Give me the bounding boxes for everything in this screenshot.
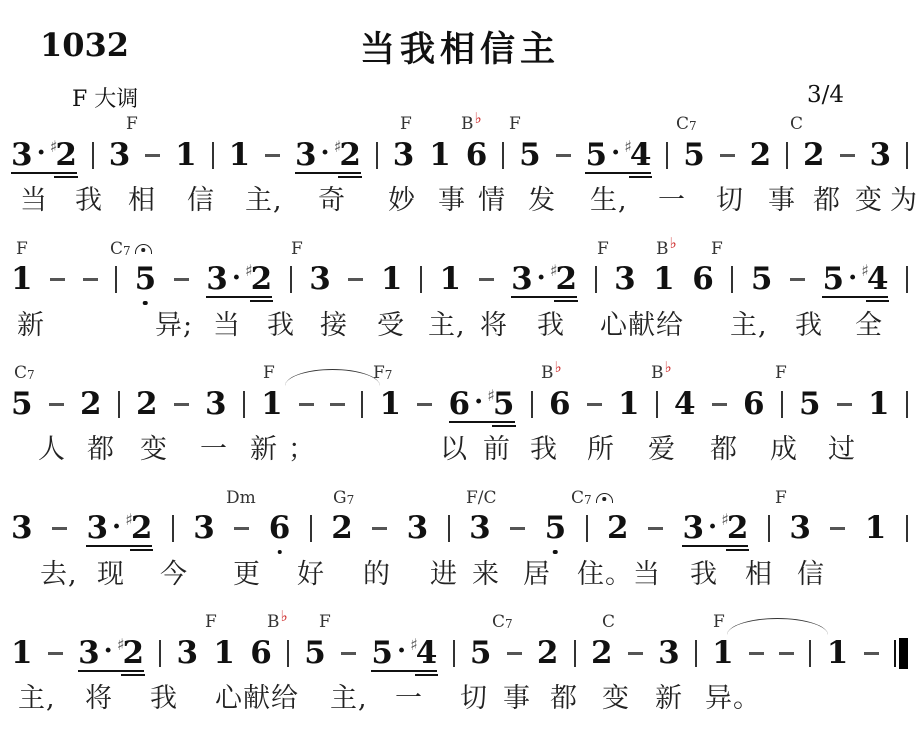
dash [749, 652, 764, 655]
note: 1 [380, 389, 402, 420]
note: 2 [339, 140, 361, 171]
lyric-syllable: 我 [267, 310, 295, 342]
fermata-icon [596, 493, 613, 503]
note-group: 6·♯5 [449, 389, 515, 420]
dash [348, 278, 363, 281]
note: 3 [78, 638, 100, 669]
note: 6 [449, 389, 471, 420]
lyric-syllable: 新 [655, 683, 683, 715]
chord-label: F [400, 115, 412, 134]
lyric-syllable: 相 [745, 559, 773, 591]
dash [507, 652, 522, 655]
dash [840, 154, 855, 157]
final-barline [894, 638, 908, 669]
lyric-syllable: 前 [483, 434, 511, 466]
lyric-syllable: 都 [87, 434, 115, 466]
dot-augmentation: · [104, 638, 113, 664]
note: 4 [867, 264, 889, 295]
barline [420, 266, 422, 293]
note-group: 3·♯2 [11, 140, 77, 171]
dash [864, 652, 879, 655]
lyric-row: 人都变一新；以前我所爱都成过 [0, 434, 920, 478]
note: 3 [469, 513, 491, 544]
lyric-row: 新异;当我接受主,将我心献给主,我全 [0, 310, 920, 354]
lyric-row: 当我相信主,奇妙事情发生,一切事都变为 [0, 185, 920, 229]
chord-label: B♭ [461, 115, 482, 134]
note: 3 [295, 140, 317, 171]
note: 5 [304, 638, 326, 669]
note: 5 [371, 638, 393, 669]
lyric-syllable: 都 [550, 683, 578, 715]
note: 1 [261, 389, 283, 420]
lyric-syllable: 进 [430, 559, 458, 591]
lyric-syllable: 一 [658, 185, 686, 217]
chord-label: F [319, 613, 331, 632]
note: 3 [86, 513, 108, 544]
chord-label: G7 [333, 489, 354, 508]
note: 5 [470, 638, 492, 669]
note: 3 [511, 264, 533, 295]
dot-augmentation: · [232, 265, 241, 291]
note: ♯4 [410, 638, 437, 669]
dash [648, 527, 663, 530]
chord-row: C7FF7B♭B♭F [0, 364, 920, 386]
dash [145, 154, 160, 157]
chord-root: B [651, 363, 664, 383]
note-group: 5·♯4 [822, 264, 888, 295]
lyric-syllable: 妙 [388, 185, 416, 217]
note: 6 [250, 638, 272, 669]
note: 1 [653, 264, 675, 295]
note: 1 [712, 638, 734, 669]
note: 1 [868, 389, 890, 420]
barline [115, 266, 117, 293]
lyric-syllable: 全 [855, 310, 883, 342]
dash [49, 403, 64, 406]
lyric-syllable: 当 [20, 185, 48, 217]
chord-root: C [676, 114, 689, 134]
note: 5 [585, 140, 607, 171]
chord-label: F [126, 115, 138, 134]
dash [779, 652, 794, 655]
chord-seventh: 7 [123, 244, 131, 258]
lyric-syllable: 我 [690, 559, 718, 591]
chord-label: F [16, 240, 28, 259]
dash [720, 154, 735, 157]
lyric-syllable: 爱 [648, 434, 676, 466]
chord-root: F [126, 114, 138, 134]
lyric-syllable: 一 [200, 434, 228, 466]
lyric-syllable: 当 [633, 559, 661, 591]
dot-augmentation: · [37, 140, 46, 166]
barline [695, 640, 697, 667]
barline [118, 391, 120, 418]
dash [234, 527, 249, 530]
music-system: FC7FFB♭F153·♯23113·♯231655·♯4新异;当我接受主,将我… [0, 240, 920, 365]
lyric-syllable: ； [288, 434, 316, 466]
lyric-syllable: 我 [530, 434, 558, 466]
chord-root: G [333, 488, 347, 508]
lyric-syllable: 将 [85, 683, 113, 715]
note: 3 [309, 264, 331, 295]
chord-label: F [509, 115, 521, 134]
lyric-syllable: 更 [233, 559, 261, 591]
lyric-syllable: 来 [472, 559, 500, 591]
note: 2 [131, 513, 153, 544]
dot-augmentation: · [708, 514, 717, 540]
barline [92, 142, 94, 169]
lyric-syllable: 一 [395, 683, 423, 715]
chord-label: C7 [492, 613, 513, 632]
lyric-syllable: 将 [480, 310, 508, 342]
note: ♯2 [117, 638, 144, 669]
page-title: 当我相信主 [0, 22, 920, 72]
lyric-syllable: 去, [40, 559, 78, 591]
chord-label: C7 [110, 240, 152, 259]
chord-root: F [775, 488, 787, 508]
chord-seventh: 7 [27, 368, 35, 382]
chord-seventh: 7 [689, 119, 697, 133]
chord-root: F [597, 239, 609, 259]
note: ♯2 [50, 140, 77, 171]
lyric-syllable: 住。 [577, 559, 633, 591]
lyric-syllable: 人 [38, 434, 66, 466]
dot-augmentation: · [848, 265, 857, 291]
chord-root: C [110, 239, 123, 259]
chord-root: B [267, 612, 280, 632]
chord-label: F [713, 613, 725, 632]
lyric-syllable: 现 [97, 559, 125, 591]
chord-root: F/C [466, 488, 497, 508]
note: 6 [269, 513, 291, 544]
lyric-syllable: 心献给 [215, 683, 299, 715]
chord-root: F [319, 612, 331, 632]
dash [299, 403, 314, 406]
barline [448, 515, 450, 542]
dash [790, 278, 805, 281]
note: 3 [206, 264, 228, 295]
barline [574, 640, 576, 667]
note: 2 [136, 389, 158, 420]
chord-label: F [263, 364, 275, 383]
lyric-syllable: 当 [213, 310, 241, 342]
note: 4 [630, 140, 652, 171]
note: 3 [177, 638, 199, 669]
barline [809, 640, 811, 667]
lyric-syllable: 我 [795, 310, 823, 342]
dash [587, 403, 602, 406]
dash [556, 154, 571, 157]
chord-label: B♭ [541, 364, 562, 383]
dot-augmentation: · [397, 638, 406, 664]
lyric-syllable: 事 [503, 683, 531, 715]
lyric-syllable: 变 [140, 434, 168, 466]
dash [341, 652, 356, 655]
note: 3 [206, 264, 228, 295]
barline [586, 515, 588, 542]
dot-augmentation: · [112, 514, 121, 540]
note: 1 [213, 638, 235, 669]
dot-augmentation: · [321, 140, 330, 166]
lyric-syllable: 变 [602, 683, 630, 715]
chord-root: C [571, 488, 584, 508]
lyric-syllable: 主, [245, 185, 283, 217]
barline [310, 515, 312, 542]
lyric-syllable: 都 [813, 185, 841, 217]
final-barline-thick [899, 638, 908, 669]
note: 3 [614, 264, 636, 295]
note: 1 [229, 140, 251, 171]
flat-icon: ♭ [670, 234, 677, 252]
note: 5 [11, 389, 33, 420]
note: 2 [537, 638, 559, 669]
chord-root: C [602, 612, 615, 632]
chord-root: B [541, 363, 554, 383]
note: ♯2 [550, 264, 577, 295]
lyric-syllable: 变 [855, 185, 883, 217]
lyric-syllable: 切 [716, 185, 744, 217]
note: 2 [55, 140, 77, 171]
note: 5 [135, 264, 157, 295]
barline [781, 391, 783, 418]
lyric-syllable: 所 [587, 434, 615, 466]
note: 1 [11, 264, 33, 295]
note: 6 [466, 140, 488, 171]
lyric-syllable: 切 [460, 683, 488, 715]
chord-root: F [775, 363, 787, 383]
chord-root: B [461, 114, 474, 134]
lyric-syllable: 情 [478, 185, 506, 217]
barline [159, 640, 161, 667]
lyric-syllable: 的 [363, 559, 391, 591]
sheet-page: 1032 当我相信主 F 大调 3/4 FFB♭FC7C3·♯23113·♯23… [0, 0, 920, 739]
lyric-syllable: 过 [828, 434, 856, 466]
chord-label: B♭ [651, 364, 672, 383]
chord-root: F [400, 114, 412, 134]
note: 6 [743, 389, 765, 420]
note: 2 [803, 140, 825, 171]
note: 3 [205, 389, 227, 420]
note: 2 [591, 638, 613, 669]
lyric-syllable: 发 [528, 185, 556, 217]
chord-label: F [205, 613, 217, 632]
chord-seventh: 7 [584, 493, 592, 507]
note-row: 3·♯23113·♯231655·♯45223 [0, 137, 920, 173]
dash [417, 403, 432, 406]
chord-label: Dm [226, 489, 256, 508]
dash [52, 527, 67, 530]
lyric-syllable: 主, [18, 683, 56, 715]
lyric-syllable: 我 [537, 310, 565, 342]
chord-root: C [492, 612, 505, 632]
note-group: 3·♯2 [78, 638, 144, 669]
chord-row: FFB♭FC7C [0, 115, 920, 137]
dash [265, 154, 280, 157]
chord-label: B♭ [656, 240, 677, 259]
note: 4 [674, 389, 696, 420]
note: 3 [682, 513, 704, 544]
note-group: 3·♯2 [295, 140, 361, 171]
chord-label: F [711, 240, 723, 259]
note: 5 [371, 638, 393, 669]
note: 6 [449, 389, 471, 420]
chord-root: F [263, 363, 275, 383]
note: 1 [827, 638, 849, 669]
note: ♯5 [487, 389, 514, 420]
barline [361, 391, 363, 418]
chord-label: F/C [466, 489, 497, 508]
lyric-row: 去,现今更好的进来居住。当我相信 [0, 559, 920, 603]
lyric-syllable: 事 [768, 185, 796, 217]
dash [712, 403, 727, 406]
lyric-syllable: 受 [377, 310, 405, 342]
flat-icon: ♭ [555, 358, 562, 376]
chord-root: F [291, 239, 303, 259]
barline [290, 266, 292, 293]
note-group: 3·♯2 [511, 264, 577, 295]
note: 5 [545, 513, 567, 544]
note: 5 [799, 389, 821, 420]
note-group: 5·♯4 [371, 638, 437, 669]
chord-root: F [16, 239, 28, 259]
note-row: 33·♯236233523·♯231 [0, 511, 920, 547]
time-signature: 3/4 [807, 82, 844, 108]
lyric-syllable: 心献给 [600, 310, 684, 342]
note: 3 [869, 140, 891, 171]
chord-label: F [775, 489, 787, 508]
note-group: 3·♯2 [682, 513, 748, 544]
note: 3 [511, 264, 533, 295]
chord-label: F [291, 240, 303, 259]
dash [48, 652, 63, 655]
chord-row: DmG7F/CC7F [0, 489, 920, 511]
barline [453, 640, 455, 667]
barline [287, 640, 289, 667]
chord-root: C [790, 114, 803, 134]
note: 3 [393, 140, 415, 171]
note: 1 [429, 140, 451, 171]
chord-root: C [14, 363, 27, 383]
note: 6 [549, 389, 571, 420]
dash [830, 527, 845, 530]
barline [906, 391, 908, 418]
chord-label: F [597, 240, 609, 259]
dash [372, 527, 387, 530]
barline [656, 391, 658, 418]
chord-root: F [713, 612, 725, 632]
note: 3 [193, 513, 215, 544]
key-signature: F 大调 [72, 82, 138, 113]
note-group: 3·♯2 [86, 513, 152, 544]
lyric-syllable: 异; [155, 310, 193, 342]
barline [731, 266, 733, 293]
lyric-syllable: 信 [797, 559, 825, 591]
lyric-syllable: 都 [710, 434, 738, 466]
note: 2 [331, 513, 353, 544]
note-row: 13·♯231655·♯4522311 [0, 635, 920, 671]
note: 2 [251, 264, 273, 295]
note: 3 [11, 140, 33, 171]
chord-row: FC7FFB♭F [0, 240, 920, 262]
lyric-syllable: 主, [330, 683, 368, 715]
dot-augmentation: · [474, 389, 483, 415]
note-group: 3·♯2 [206, 264, 272, 295]
lyric-syllable: 今 [160, 559, 188, 591]
lyric-syllable: 我 [75, 185, 103, 217]
note: 6 [692, 264, 714, 295]
note: 3 [682, 513, 704, 544]
chord-label: C7 [571, 489, 613, 508]
barline [376, 142, 378, 169]
dot-augmentation: · [611, 140, 620, 166]
lyric-syllable: 信 [187, 185, 215, 217]
barline [243, 391, 245, 418]
lyric-syllable: 接 [320, 310, 348, 342]
barline [906, 142, 908, 169]
note: 5 [585, 140, 607, 171]
barline [172, 515, 174, 542]
chord-root: F [205, 612, 217, 632]
note: 5 [519, 140, 541, 171]
lyric-syllable: 成 [770, 434, 798, 466]
note: ♯2 [125, 513, 152, 544]
note: 3 [658, 638, 680, 669]
dash [479, 278, 494, 281]
lyric-syllable: 相 [128, 185, 156, 217]
dash [50, 278, 65, 281]
chord-label: B♭ [267, 613, 288, 632]
dash [174, 278, 189, 281]
note: ♯4 [624, 140, 651, 171]
note: 5 [822, 264, 844, 295]
chord-root: B [656, 239, 669, 259]
lyric-syllable: 主, [730, 310, 768, 342]
lyric-syllable: 事 [438, 185, 466, 217]
note: 3 [11, 513, 33, 544]
note: 3 [407, 513, 429, 544]
lyric-row: 主,将我心献给主,一切事都变新异。 [0, 683, 920, 727]
note: ♯2 [721, 513, 748, 544]
music-system: FB♭FC7CF13·♯231655·♯4522311主,将我心献给主,一切事都… [0, 613, 920, 738]
note: 3 [295, 140, 317, 171]
chord-label: C [790, 115, 803, 134]
lyric-syllable: 为 [890, 185, 918, 217]
music-system: FFB♭FC7C3·♯23113·♯231655·♯45223当我相信主,奇妙事… [0, 115, 920, 240]
note: 2 [727, 513, 749, 544]
barline [502, 142, 504, 169]
chord-label: F [775, 364, 787, 383]
lyric-syllable: 我 [150, 683, 178, 715]
chord-label: C7 [14, 364, 35, 383]
flat-icon: ♭ [665, 358, 672, 376]
barline [531, 391, 533, 418]
note: 5 [493, 389, 515, 420]
music-systems: FFB♭FC7C3·♯23113·♯231655·♯45223当我相信主,奇妙事… [0, 115, 920, 738]
lyric-syllable: 奇 [318, 185, 346, 217]
note: 2 [80, 389, 102, 420]
lyric-syllable: 以 [440, 434, 468, 466]
dash [510, 527, 525, 530]
music-system: C7FF7B♭B♭F5223116·♯5614651人都变一新；以前我所爱都成过 [0, 364, 920, 489]
barline [666, 142, 668, 169]
lyric-syllable: 异。 [705, 683, 761, 715]
lyric-syllable: 新 [17, 310, 45, 342]
note: 3 [789, 513, 811, 544]
barline [786, 142, 788, 169]
dash [628, 652, 643, 655]
note: ♯4 [861, 264, 888, 295]
dash [174, 403, 189, 406]
